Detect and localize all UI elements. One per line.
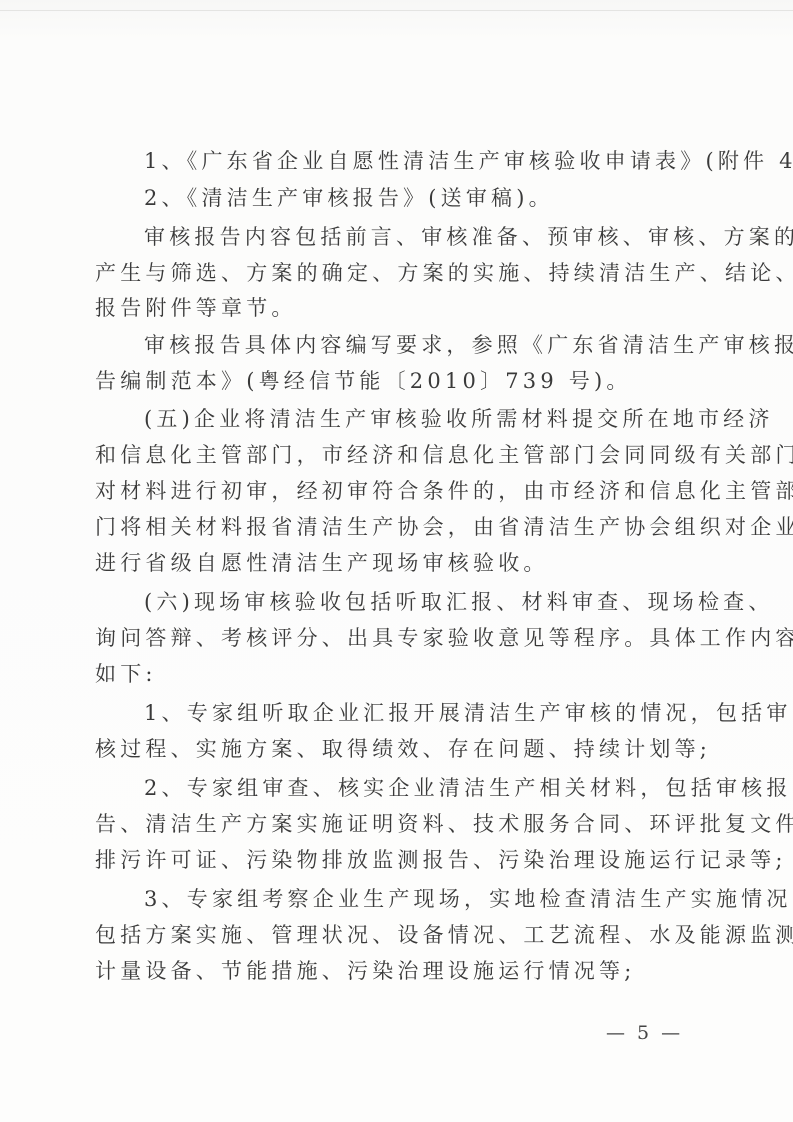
text-line: (五)企业将清洁生产审核验收所需材料提交所在地市经济 — [144, 404, 774, 434]
text-line: 告、清洁生产方案实施证明资料、技术服务合同、环评批复文件、 — [95, 809, 793, 839]
text-line: 告编制范本》(粤经信节能〔2010〕739 号)。 — [95, 366, 632, 396]
text-line: 审核报告内容包括前言、审核准备、预审核、审核、方案的 — [144, 222, 793, 252]
text-line: 门将相关材料报省清洁生产协会，由省清洁生产协会组织对企业 — [95, 512, 793, 542]
text-line: 如下: — [95, 659, 157, 689]
text-line: 包括方案实施、管理状况、设备情况、工艺流程、水及能源监测 — [95, 920, 793, 950]
document-page: 1、《广东省企业自愿性清洁生产审核验收申请表》(附件 4); 2、《清洁生产审核… — [0, 0, 793, 1122]
text-line: 3、专家组考察企业生产现场，实地检查清洁生产实施情况， — [144, 884, 793, 914]
text-line: 核过程、实施方案、取得绩效、存在问题、持续计划等; — [95, 734, 711, 764]
text-line: 审核报告具体内容编写要求，参照《广东省清洁生产审核报 — [144, 330, 793, 360]
text-line: 询问答辩、考核评分、出具专家验收意见等程序。具体工作内容 — [95, 623, 793, 653]
text-line: (六)现场审核验收包括听取汇报、材料审查、现场检查、 — [144, 587, 774, 617]
text-line: 排污许可证、污染物排放监测报告、污染治理设施运行记录等; — [95, 845, 787, 875]
text-line: 产生与筛选、方案的确定、方案的实施、持续清洁生产、结论、 — [95, 258, 793, 288]
scan-edge-rule — [0, 10, 793, 11]
text-line: 2、《清洁生产审核报告》(送审稿)。 — [144, 183, 554, 213]
text-line: 和信息化主管部门，市经济和信息化主管部门会同同级有关部门 — [95, 440, 793, 470]
page-number: — 5 — — [606, 1022, 683, 1044]
text-line: 2、专家组审查、核实企业清洁生产相关材料，包括审核报 — [144, 773, 792, 803]
text-line: 报告附件等章节。 — [95, 293, 297, 323]
text-line: 1、专家组听取企业汇报开展清洁生产审核的情况，包括审 — [144, 698, 792, 728]
text-line: 计量设备、节能措施、污染治理设施运行情况等; — [95, 956, 635, 986]
text-line: 1、《广东省企业自愿性清洁生产审核验收申请表》(附件 4); — [144, 146, 793, 176]
text-line: 进行省级自愿性清洁生产现场审核验收。 — [95, 548, 549, 578]
text-line: 对材料进行初审，经初审符合条件的，由市经济和信息化主管部 — [95, 476, 793, 506]
